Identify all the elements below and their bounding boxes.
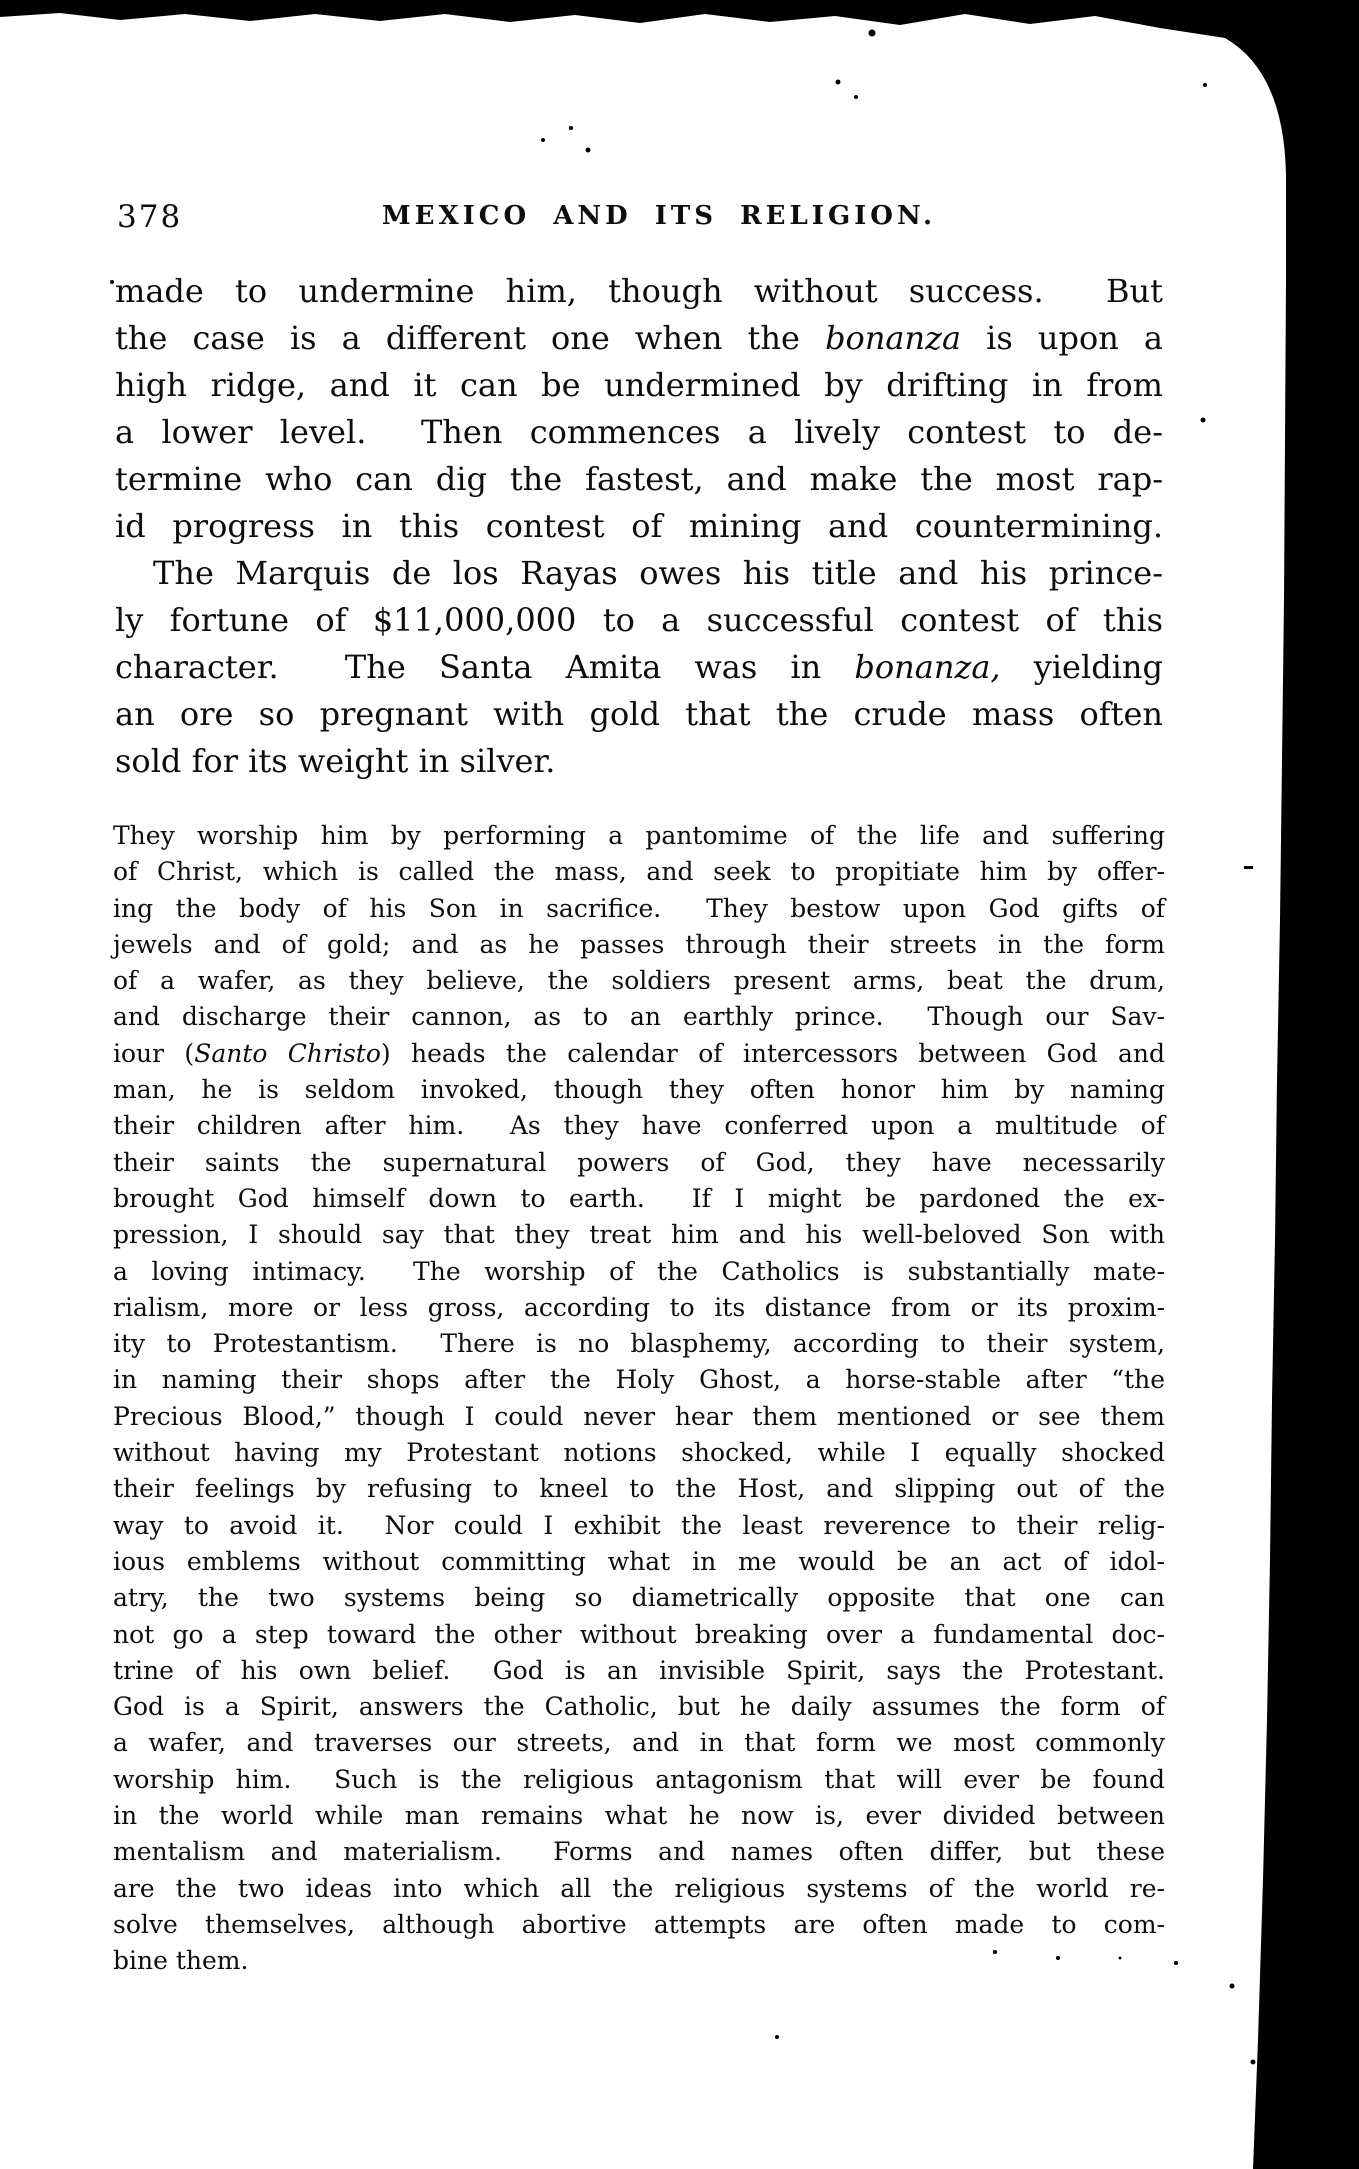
text-line: not go a step toward the other without b… — [113, 1617, 1165, 1653]
text-line: solve themselves, although abortive atte… — [113, 1907, 1165, 1943]
text-line: atry, the two systems being so diametric… — [113, 1580, 1165, 1616]
text-line: ity to Protestantism. There is no blasph… — [113, 1326, 1165, 1362]
running-title: MEXICO AND ITS RELIGION. — [115, 197, 1163, 231]
text-line: termine who can dig the fastest, and mak… — [115, 456, 1163, 503]
text-line: their feelings by refusing to kneel to t… — [113, 1471, 1165, 1507]
page-number: 378 — [117, 199, 182, 235]
text-line: a lower level. Then commences a lively c… — [115, 409, 1163, 456]
text-line: and discharge their cannon, as to an ear… — [113, 999, 1165, 1035]
text-line: ly fortune of $11,000,000 to a successfu… — [115, 597, 1163, 644]
text-line: ious emblems without committing what in … — [113, 1544, 1165, 1580]
text-line: bine them. — [113, 1943, 1165, 1979]
text-line: jewels and of gold; and as he passes thr… — [113, 927, 1165, 963]
text-line: They worship him by performing a pantomi… — [113, 818, 1165, 854]
text-line: ing the body of his Son in sacrifice. Th… — [113, 891, 1165, 927]
text-line: pression, I should say that they treat h… — [113, 1217, 1165, 1253]
text-line: The Marquis de los Rayas owes his title … — [115, 550, 1163, 597]
book-page: 378 MEXICO AND ITS RELIGION. made to und… — [0, 0, 1359, 2169]
text-line: worship him. Such is the religious antag… — [113, 1762, 1165, 1798]
text-line: iour (Santo Christo) heads the calendar … — [113, 1036, 1165, 1072]
text-line: a wafer, and traverses our streets, and … — [113, 1725, 1165, 1761]
text-line: high ridge, and it can be undermined by … — [115, 362, 1163, 409]
text-line: without having my Protestant notions sho… — [113, 1435, 1165, 1471]
text-line: character. The Santa Amita was in bonanz… — [115, 644, 1163, 691]
text-line: in the world while man remains what he n… — [113, 1798, 1165, 1834]
text-line: of a wafer, as they believe, the soldier… — [113, 963, 1165, 999]
text-line: mentalism and materialism. Forms and nam… — [113, 1834, 1165, 1870]
text-line: rialism, more or less gross, according t… — [113, 1290, 1165, 1326]
text-line: way to avoid it. Nor could I exhibit the… — [113, 1508, 1165, 1544]
text-line: the case is a different one when the bon… — [115, 315, 1163, 362]
text-line: of Christ, which is called the mass, and… — [113, 854, 1165, 890]
text-line: in naming their shops after the Holy Gho… — [113, 1362, 1165, 1398]
text-line: are the two ideas into which all the rel… — [113, 1871, 1165, 1907]
footnote-block: They worship him by performing a pantomi… — [113, 818, 1165, 1980]
text-line: Precious Blood,” though I could never he… — [113, 1399, 1165, 1435]
text-line: brought God himself down to earth. If I … — [113, 1181, 1165, 1217]
text-line: id progress in this contest of mining an… — [115, 503, 1163, 550]
text-line: man, he is seldom invoked, though they o… — [113, 1072, 1165, 1108]
text-line: their children after him. As they have c… — [113, 1108, 1165, 1144]
main-text: made to undermine him, though without su… — [115, 268, 1163, 785]
text-line: an ore so pregnant with gold that the cr… — [115, 691, 1163, 738]
text-line: sold for its weight in silver. — [115, 738, 1163, 785]
page-header: 378 MEXICO AND ITS RELIGION. — [115, 197, 1163, 239]
text-line: trine of his own belief. God is an invis… — [113, 1653, 1165, 1689]
text-line: made to undermine him, though without su… — [115, 268, 1163, 315]
text-line: God is a Spirit, answers the Catholic, b… — [113, 1689, 1165, 1725]
text-line: their saints the supernatural powers of … — [113, 1145, 1165, 1181]
text-line: a loving intimacy. The worship of the Ca… — [113, 1254, 1165, 1290]
